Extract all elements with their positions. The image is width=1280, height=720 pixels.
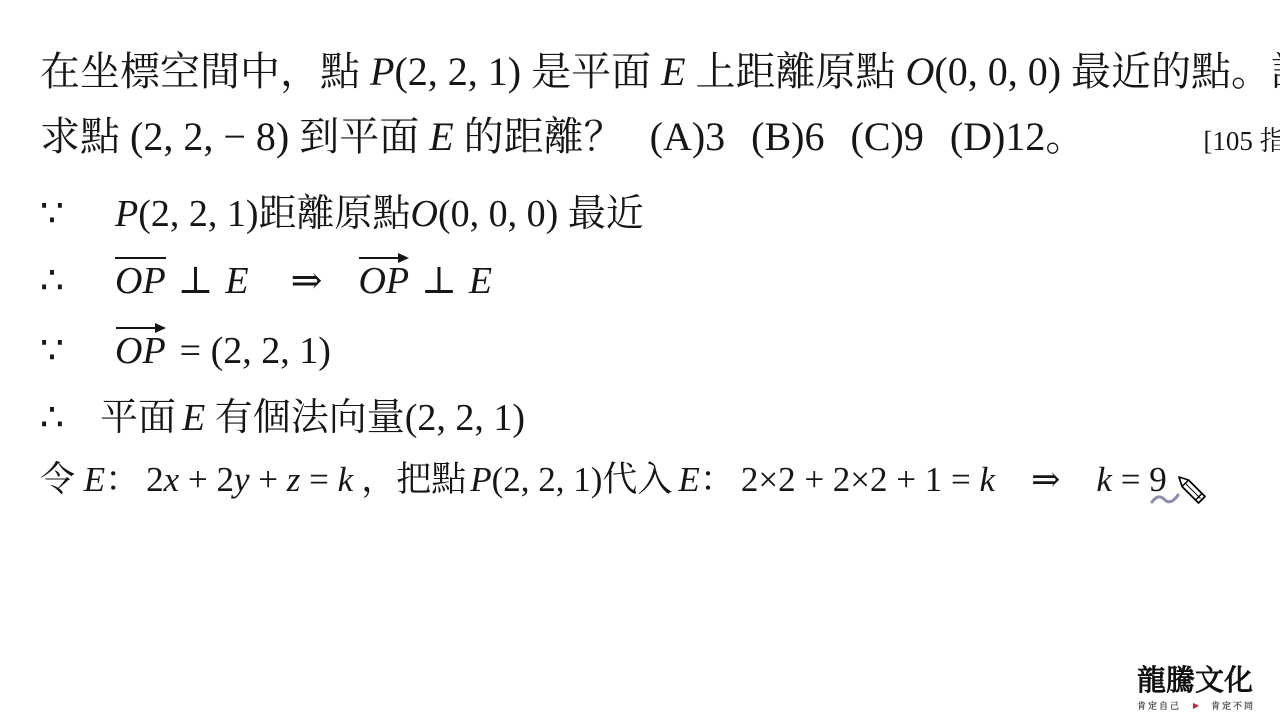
text-segment: O bbox=[411, 192, 438, 236]
solution-step-2: ∴ OP⊥E⇒OP⊥E bbox=[40, 252, 492, 303]
text-segment: ，把點 bbox=[361, 452, 466, 502]
text-segment: E bbox=[84, 460, 105, 500]
text-segment: = (2, 2, 1) bbox=[180, 329, 331, 373]
text-segment: 有個法向量 bbox=[205, 386, 405, 441]
text-segment: E bbox=[429, 113, 453, 160]
text-segment: 最近的點。請 bbox=[1071, 40, 1280, 97]
pencil-cursor-icon bbox=[1176, 474, 1208, 506]
text-segment: 在坐標空間中，點 bbox=[40, 40, 370, 97]
text-segment: k bbox=[1096, 460, 1112, 500]
text-segment: ⊥ bbox=[178, 258, 214, 302]
because-symbol: ∵ bbox=[40, 191, 115, 235]
text-segment: (A) bbox=[650, 113, 706, 160]
text-segment: 上距離原點 bbox=[686, 40, 906, 97]
tagline-right-text: 肯定不同 bbox=[1211, 699, 1255, 712]
publisher-logo-tagline: 肯定自己 ▶ 肯定不同 bbox=[1137, 699, 1255, 712]
problem-line-2: 求點 (2, 2, − 8) 到平面 E 的距離？(A)3(B)6(C)9(D)… bbox=[40, 105, 1280, 162]
text-segment: OP bbox=[115, 322, 166, 370]
text-segment: 的距離？ bbox=[454, 105, 624, 162]
solution-step-1: ∵ P(2, 2, 1)距離原點O(0, 0, 0) 最近 bbox=[40, 182, 644, 237]
text-segment: (C) bbox=[851, 113, 904, 160]
text-segment: ： bbox=[700, 452, 735, 502]
text-segment: [105 指考改 ] bbox=[1203, 119, 1280, 158]
text-segment: OP bbox=[115, 257, 166, 300]
text-segment: ⊥ bbox=[421, 258, 457, 302]
solution-step-4-content: 平面E 有個法向量(2, 2, 1) bbox=[100, 386, 525, 441]
text-segment: y bbox=[234, 460, 250, 500]
publisher-logo-title: 龍騰文化 bbox=[1137, 666, 1255, 696]
text-segment: (2, 2, 1) bbox=[394, 48, 531, 95]
text-segment: 6 bbox=[805, 113, 825, 160]
text-segment: 9 bbox=[904, 113, 924, 160]
text-segment: (B) bbox=[751, 113, 804, 160]
text-segment: 距離原點 bbox=[259, 182, 411, 237]
text-segment: (2, 2, 1) bbox=[138, 192, 258, 236]
text-segment: + bbox=[250, 460, 287, 500]
text-segment: 求點 bbox=[40, 105, 130, 162]
problem-line-1: 在坐標空間中，點 P(2, 2, 1) 是平面 E 上距離原點 O(0, 0, … bbox=[40, 40, 1280, 97]
tagline-left-text: 肯定自己 bbox=[1137, 699, 1181, 712]
text-segment: (0, 0, 0) bbox=[934, 48, 1071, 95]
text-segment: (2, 2, 1) bbox=[492, 460, 603, 500]
text-segment: k bbox=[980, 460, 996, 500]
text-segment: E bbox=[469, 259, 492, 303]
text-segment: O bbox=[906, 48, 935, 95]
therefore-symbol: ∴ bbox=[40, 395, 100, 439]
text-segment: k bbox=[338, 460, 354, 500]
play-arrow-icon: ▶ bbox=[1193, 702, 1199, 710]
text-segment: P bbox=[370, 48, 394, 95]
text-segment: (2, 2, 1) bbox=[405, 396, 525, 440]
text-segment: (D) bbox=[950, 113, 1006, 160]
text-segment: + 2 bbox=[179, 460, 234, 500]
text-segment: 代入 bbox=[602, 452, 672, 502]
solution-step-1-content: P(2, 2, 1)距離原點O(0, 0, 0) 最近 bbox=[115, 182, 644, 237]
text-segment: 最近 bbox=[558, 182, 644, 237]
text-segment: = bbox=[300, 460, 337, 500]
text-segment: x bbox=[164, 460, 180, 500]
because-symbol: ∵ bbox=[40, 328, 115, 372]
text-segment: 2 bbox=[146, 460, 164, 500]
text-segment: E bbox=[678, 460, 699, 500]
text-segment: 到平面 bbox=[299, 105, 429, 162]
text-segment: 3 bbox=[705, 113, 725, 160]
text-segment: ⇒ bbox=[1031, 460, 1060, 500]
text-segment: E bbox=[225, 259, 248, 303]
text-segment: ⇒ bbox=[291, 258, 323, 302]
text-segment: 12 bbox=[1005, 113, 1045, 160]
text-segment: OP bbox=[358, 252, 409, 300]
text-segment: 是平面 bbox=[531, 40, 661, 97]
text-segment: 平面 bbox=[100, 386, 176, 441]
text-segment: P bbox=[470, 460, 491, 500]
solution-step-3-content: OP= (2, 2, 1) bbox=[115, 322, 331, 373]
text-segment: 2×2 + 2×2 + 1 = bbox=[741, 460, 980, 500]
text-segment: 。 bbox=[1045, 105, 1085, 162]
solution-step-2-content: OP⊥E⇒OP⊥E bbox=[115, 252, 492, 303]
publisher-logo: 龍騰文化 肯定自己 ▶ 肯定不同 bbox=[1137, 666, 1255, 712]
therefore-symbol: ∴ bbox=[40, 258, 115, 302]
text-segment: ： bbox=[105, 452, 140, 502]
text-segment: (0, 0, 0) bbox=[438, 192, 558, 236]
solution-step-3: ∵ OP= (2, 2, 1) bbox=[40, 322, 331, 373]
solution-step-4: ∴ 平面E 有個法向量(2, 2, 1) bbox=[40, 386, 525, 441]
text-segment: 令 bbox=[40, 452, 84, 502]
text-segment: E bbox=[182, 396, 205, 440]
text-segment: E bbox=[661, 48, 685, 95]
text-segment: z bbox=[287, 460, 301, 500]
text-segment: P bbox=[115, 192, 138, 236]
math-solution-page: 在坐標空間中，點 P(2, 2, 1) 是平面 E 上距離原點 O(0, 0, … bbox=[0, 0, 1280, 720]
solution-step-5: 令 E：2x + 2y + z = k，把點P(2, 2, 1)代入E：2×2 … bbox=[40, 452, 1167, 502]
text-segment: (2, 2, − 8) bbox=[130, 113, 299, 160]
